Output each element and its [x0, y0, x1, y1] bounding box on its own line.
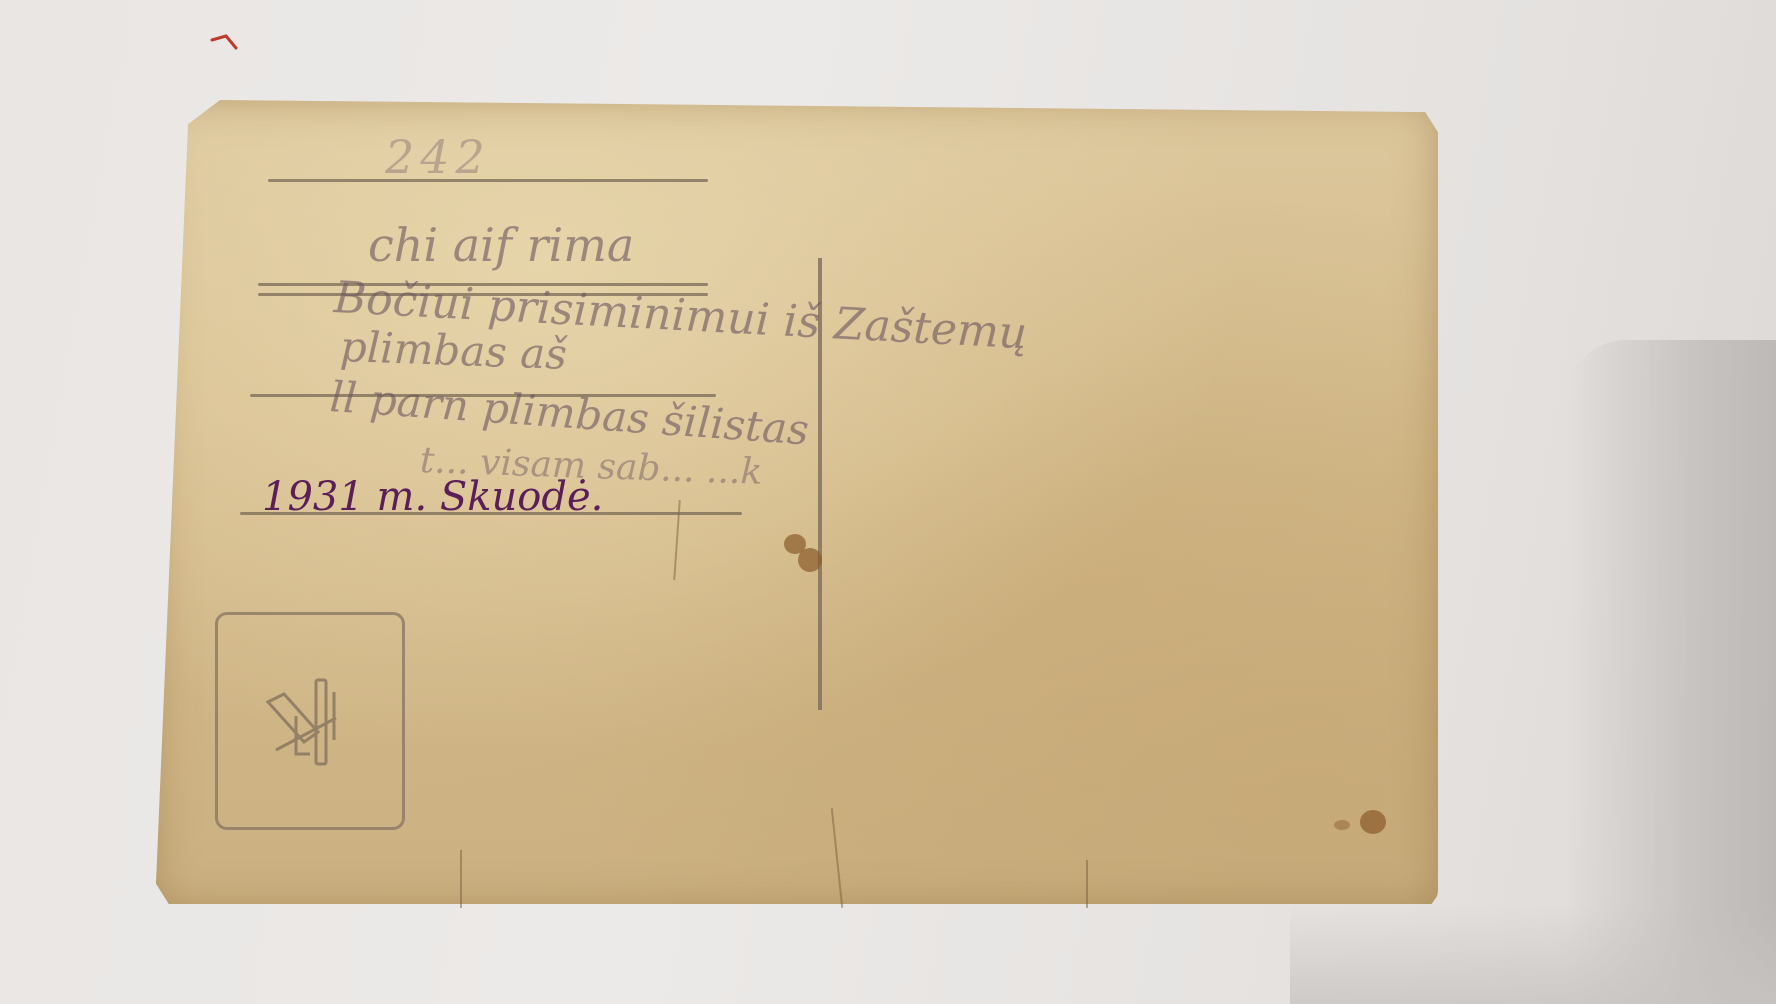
- pencil-line-1: chi aif rima: [368, 218, 634, 272]
- monogram-logo-icon: [256, 672, 356, 772]
- red-pen-mark: [210, 34, 240, 50]
- ink-stain: [1360, 810, 1386, 834]
- background-shadow-bottom: [1290, 904, 1776, 1004]
- crease: [1086, 860, 1088, 908]
- ink-stain: [798, 548, 822, 572]
- ink-stain: [1334, 820, 1350, 830]
- pencil-line-3: plimbas aš: [339, 322, 568, 379]
- date-place-line: 1931 m. Skuodė.: [262, 474, 603, 520]
- top-number: 242: [385, 130, 491, 184]
- crease: [460, 850, 462, 908]
